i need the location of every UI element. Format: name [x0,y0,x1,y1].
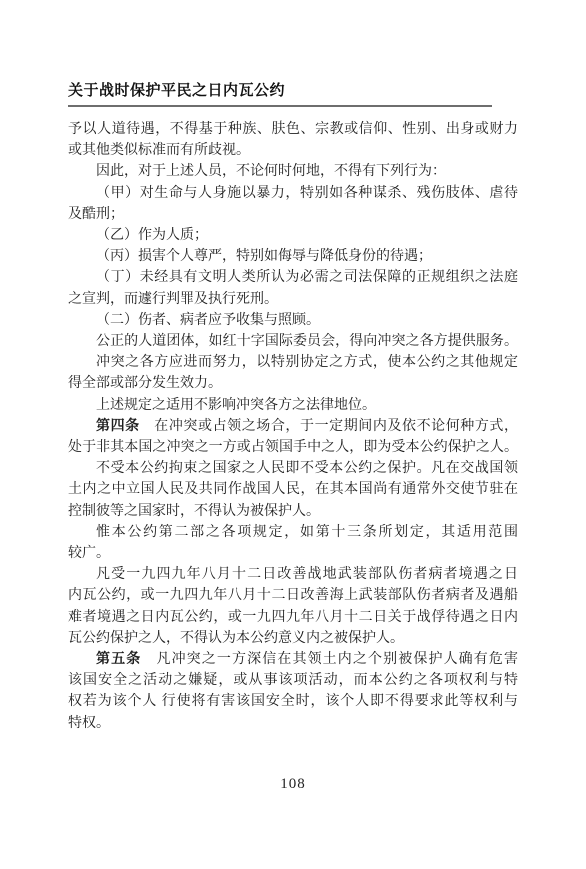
running-header-title: 关于战时保护平民之日内瓦公约 [68,83,518,99]
body-line: 惟本公约第二部之各项规定，如第十三条所划定，其适用范围 [68,522,518,543]
body-line: （甲）对生命与人身施以暴力，特别如各种谋杀、残伤肢体、虐待 [68,183,518,204]
body-line: 权若为该个人 行使将有害该国安全时，该个人即不得要求此等权利与 [68,691,518,712]
article-number: 第四条 [96,419,140,434]
article-number: 第五条 [96,652,141,667]
body-line: 凡受一九四九年八月十二日改善战地武装部队伤者病者境遇之日 [68,564,518,585]
body-line: 控制彼等之国家时，不得认为被保护人。 [68,501,518,522]
body-line: 公正的人道团体，如红十字国际委员会，得向冲突之各方提供服务。 [68,331,518,352]
body-line: 不受本公约拘束之国家之人民即不受本公约之保护。凡在交战国领 [68,458,518,479]
document-body: 予以人道待遇，不得基于种族、肤色、宗教或信仰、性别、出身或财力或其他类似标准而有… [68,119,518,734]
body-line: 难者境遇之日内瓦公约，或一九四九年八月十二日关于战俘待遇之日内 [68,607,518,628]
body-line: 及酷刑； [68,204,518,225]
body-line: 或其他类似标准而有所歧视。 [68,140,518,161]
body-line: 上述规定之适用不影响冲突各方之法律地位。 [68,395,518,416]
body-line: 较广。 [68,543,518,564]
body-line: 冲突之各方应进而努力，以特别协定之方式，使本公约之其他规定 [68,352,518,373]
body-line: 之宣判，而遽行判罪及执行死刑。 [68,289,518,310]
body-line: 第四条 在冲突或占领之场合，于一定期间内及依不论何种方式， [68,416,518,437]
body-line: 予以人道待遇，不得基于种族、肤色、宗教或信仰、性别、出身或财力 [68,119,518,140]
body-line: 处于非其本国之冲突之一方或占领国手中之人，即为受本公约保护之人。 [68,437,518,458]
body-line: （二）伤者、病者应予收集与照顾。 [68,310,518,331]
body-line: 瓦公约保护之人，不得认为本公约意义内之被保护人。 [68,628,518,649]
body-line: 内瓦公约，或一九四九年八月十二日改善海上武装部队伤者病者及遇船 [68,585,518,606]
body-line: 第五条 凡冲突之一方深信在其领土内之个别被保护人确有危害 [68,649,518,670]
header-rule [68,105,492,107]
body-line: 因此，对于上述人员，不论何时何地，不得有下列行为： [68,161,518,182]
body-line: 该国安全之活动之嫌疑，或从事该项活动，而本公约之各项权利与特 [68,670,518,691]
body-line: 得全部或部分发生效力。 [68,373,518,394]
page-number: 108 [280,776,306,792]
body-line: （乙）作为人质； [68,225,518,246]
document-page: 关于战时保护平民之日内瓦公约 予以人道待遇，不得基于种族、肤色、宗教或信仰、性别… [0,0,586,869]
page-footer: 108 [68,776,518,793]
body-line: 特权。 [68,713,518,734]
body-line: （丙）损害个人尊严，特别如侮辱与降低身份的待遇； [68,246,518,267]
body-line: （丁）未经具有文明人类所认为必需之司法保障的正规组织之法庭 [68,267,518,288]
body-line: 土内之中立国人民及共同作战国人民，在其本国尚有通常外交使节驻在 [68,479,518,500]
